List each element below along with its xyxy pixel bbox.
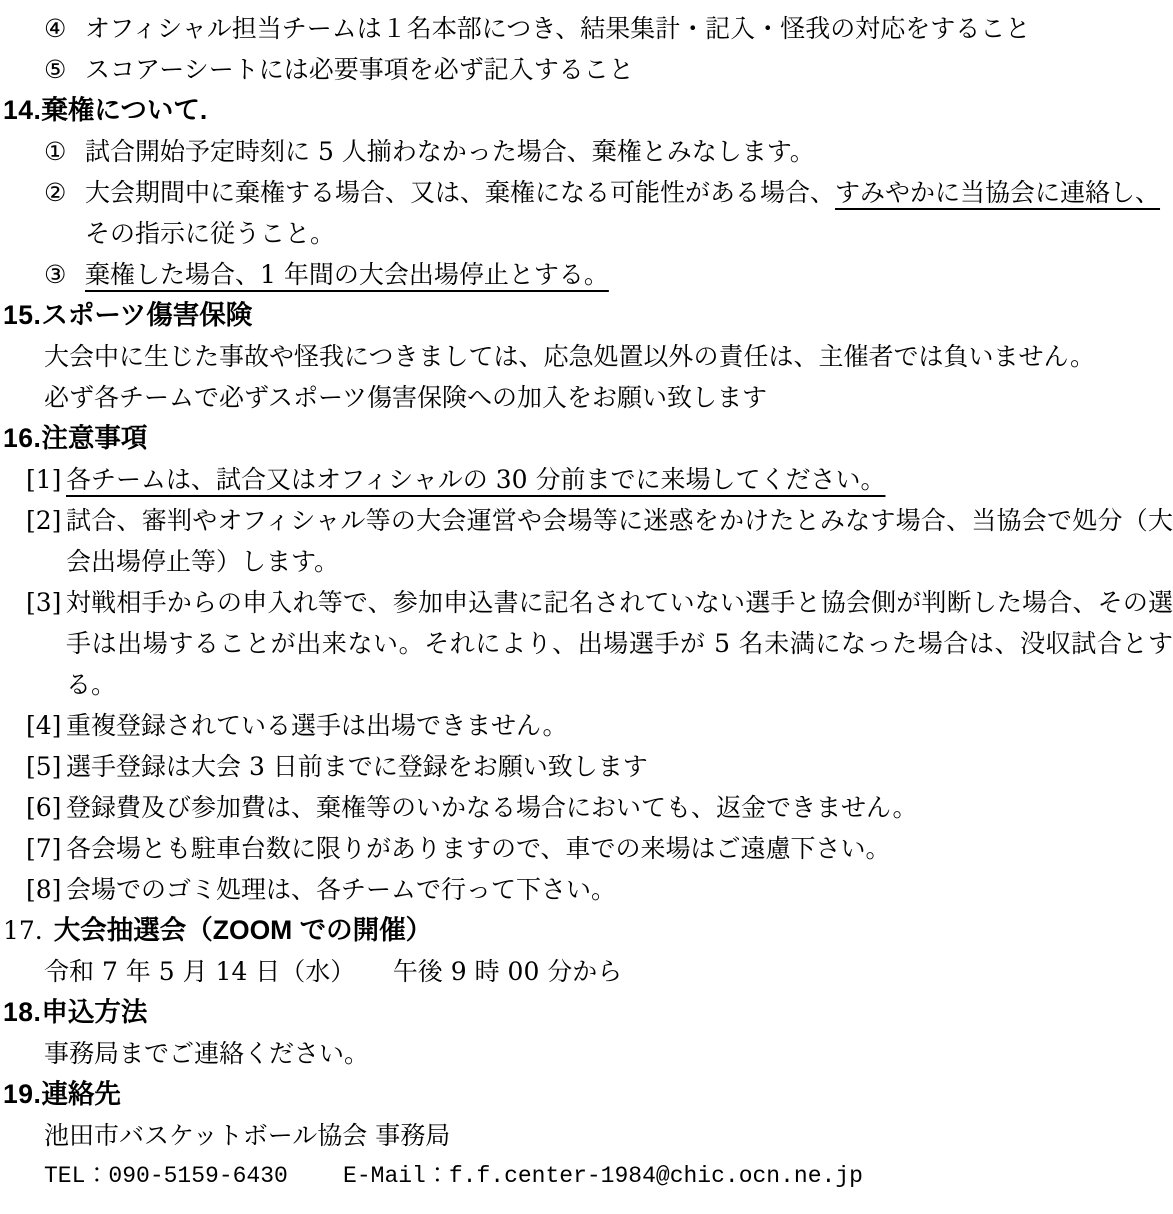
text-segment: 池田市バスケットボール協会 事務局 bbox=[44, 1121, 450, 1150]
section-title: 大会抽選会（ZOOM での開催） bbox=[54, 915, 432, 945]
item-marker: [6] bbox=[26, 787, 61, 828]
body: 池田市バスケットボール協会 事務局 bbox=[0, 1115, 1173, 1156]
section-heading: 14.棄権について. bbox=[0, 90, 1173, 131]
text-segment: 対戦相手からの申入れ等で、参加申込書に記名されていない選手と協会側が判断した場合… bbox=[66, 588, 1173, 699]
section-number: 15. bbox=[3, 300, 41, 330]
text-segment: その指示に従うこと。 bbox=[85, 219, 335, 248]
item-marker: ① bbox=[44, 131, 66, 172]
item-marker: [1] bbox=[26, 459, 61, 500]
section-title: スポーツ傷害保険 bbox=[41, 300, 252, 330]
text-segment: 会場でのゴミ処理は、各チームで行って下さい。 bbox=[66, 875, 616, 904]
text-segment: 大会中に生じた事故や怪我につきましては、応急処置以外の責任は、主催者では負いませ… bbox=[44, 342, 1095, 371]
section-heading: 16.注意事項 bbox=[0, 418, 1173, 459]
bracket-item: [4]重複登録されている選手は出場できません。 bbox=[0, 705, 1173, 746]
section-number: 17. bbox=[3, 916, 54, 945]
text-segment: オフィシャル担当チームは１名本部につき、結果集計・記入・怪我の対応をすること bbox=[85, 14, 1030, 43]
text-segment: 各会場とも駐車台数に限りがありますので、車での来場はご遠慮下さい。 bbox=[66, 834, 891, 863]
body: 事務局までご連絡ください。 bbox=[0, 1033, 1173, 1074]
circle-item: ⑤スコアーシートには必要事項を必ず記入すること bbox=[0, 49, 1173, 90]
text-segment: スコアーシートには必要事項を必ず記入すること bbox=[85, 55, 634, 84]
underlined-text-segment: 棄権した場合、1 年間の大会出場停止とする。 bbox=[85, 260, 609, 289]
section-number: 14. bbox=[3, 95, 41, 125]
bracket-item: [1]各チームは、試合又はオフィシャルの 30 分前までに来場してください。 bbox=[0, 459, 1173, 500]
text-segment: 重複登録されている選手は出場できません。 bbox=[66, 711, 568, 740]
section-title: 連絡先 bbox=[41, 1079, 121, 1109]
text-segment: 令和 7 年 5 月 14 日（水） 午後 9 時 00 分から bbox=[44, 957, 622, 986]
text-segment: 大会期間中に棄権する場合、又は、棄権になる可能性がある場合、 bbox=[85, 178, 835, 207]
bracket-item: [2]試合、審判やオフィシャル等の大会運営や会場等に迷惑をかけたとみなす場合、当… bbox=[0, 500, 1173, 582]
bracket-item: [8]会場でのゴミ処理は、各チームで行って下さい。 bbox=[0, 869, 1173, 910]
section-heading: 15.スポーツ傷害保険 bbox=[0, 295, 1173, 336]
item-marker: ② bbox=[44, 172, 66, 213]
item-marker: ⑤ bbox=[44, 49, 66, 90]
text-segment: TEL：090-5159-6430 E-Mail：f.f.center-1984… bbox=[44, 1163, 863, 1189]
section-heading: 19.連絡先 bbox=[0, 1074, 1173, 1115]
underlined-text-segment: すみやかに当協会に連絡し、 bbox=[835, 178, 1160, 207]
section-title: 棄権について. bbox=[41, 95, 207, 125]
circle-item: ①試合開始予定時刻に 5 人揃わなかった場合、棄権とみなします。 bbox=[0, 131, 1173, 172]
section-heading: 17.大会抽選会（ZOOM での開催） bbox=[0, 910, 1173, 951]
circle-item: ③棄権した場合、1 年間の大会出場停止とする。 bbox=[0, 254, 1173, 295]
text-segment: 試合、審判やオフィシャル等の大会運営や会場等に迷惑をかけたとみなす場合、当協会で… bbox=[66, 506, 1173, 576]
item-marker: [3] bbox=[26, 582, 61, 623]
item-marker: [2] bbox=[26, 500, 61, 541]
body: 令和 7 年 5 月 14 日（水） 午後 9 時 00 分から bbox=[0, 951, 1173, 992]
text-segment: 事務局までご連絡ください。 bbox=[44, 1039, 369, 1068]
body: 大会中に生じた事故や怪我につきましては、応急処置以外の責任は、主催者では負いませ… bbox=[0, 336, 1173, 377]
bracket-item: [6]登録費及び参加費は、棄権等のいかなる場合においても、返金できません。 bbox=[0, 787, 1173, 828]
underlined-text-segment: 各チームは、試合又はオフィシャルの 30 分前までに来場してください。 bbox=[66, 465, 885, 494]
item-marker: [7] bbox=[26, 828, 61, 869]
text-segment: 登録費及び参加費は、棄権等のいかなる場合においても、返金できません。 bbox=[66, 793, 918, 822]
bracket-item: [5]選手登録は大会 3 日前までに登録をお願い致します bbox=[0, 746, 1173, 787]
section-number: 19. bbox=[3, 1079, 41, 1109]
bracket-item: [7]各会場とも駐車台数に限りがありますので、車での来場はご遠慮下さい。 bbox=[0, 828, 1173, 869]
text-segment: 試合開始予定時刻に 5 人揃わなかった場合、棄権とみなします。 bbox=[85, 137, 815, 166]
body: 必ず各チームで必ずスポーツ傷害保険への加入をお願い致します bbox=[0, 377, 1173, 418]
section-number: 18. bbox=[3, 997, 41, 1027]
text-segment: 選手登録は大会 3 日前までに登録をお願い致します bbox=[66, 752, 648, 781]
section-heading: 18.申込方法 bbox=[0, 992, 1173, 1033]
section-number: 16. bbox=[3, 423, 41, 453]
document-body: ④オフィシャル担当チームは１名本部につき、結果集計・記入・怪我の対応をすること⑤… bbox=[0, 0, 1173, 1197]
bracket-item: [3]対戦相手からの申入れ等で、参加申込書に記名されていない選手と協会側が判断し… bbox=[0, 582, 1173, 705]
circle-item: ②大会期間中に棄権する場合、又は、棄権になる可能性がある場合、すみやかに当協会に… bbox=[0, 172, 1173, 213]
item-marker: ④ bbox=[44, 8, 66, 49]
text-segment: 必ず各チームで必ずスポーツ傷害保険への加入をお願い致します bbox=[44, 383, 767, 412]
item-marker: [8] bbox=[26, 869, 61, 910]
circle-item: ④オフィシャル担当チームは１名本部につき、結果集計・記入・怪我の対応をすること bbox=[0, 8, 1173, 49]
contact: TEL：090-5159-6430 E-Mail：f.f.center-1984… bbox=[0, 1156, 1173, 1197]
item-marker: [4] bbox=[26, 705, 61, 746]
section-title: 申込方法 bbox=[41, 997, 147, 1027]
item-marker: ③ bbox=[44, 254, 66, 295]
continuation: その指示に従うこと。 bbox=[0, 213, 1173, 254]
section-title: 注意事項 bbox=[41, 423, 147, 453]
item-marker: [5] bbox=[26, 746, 61, 787]
